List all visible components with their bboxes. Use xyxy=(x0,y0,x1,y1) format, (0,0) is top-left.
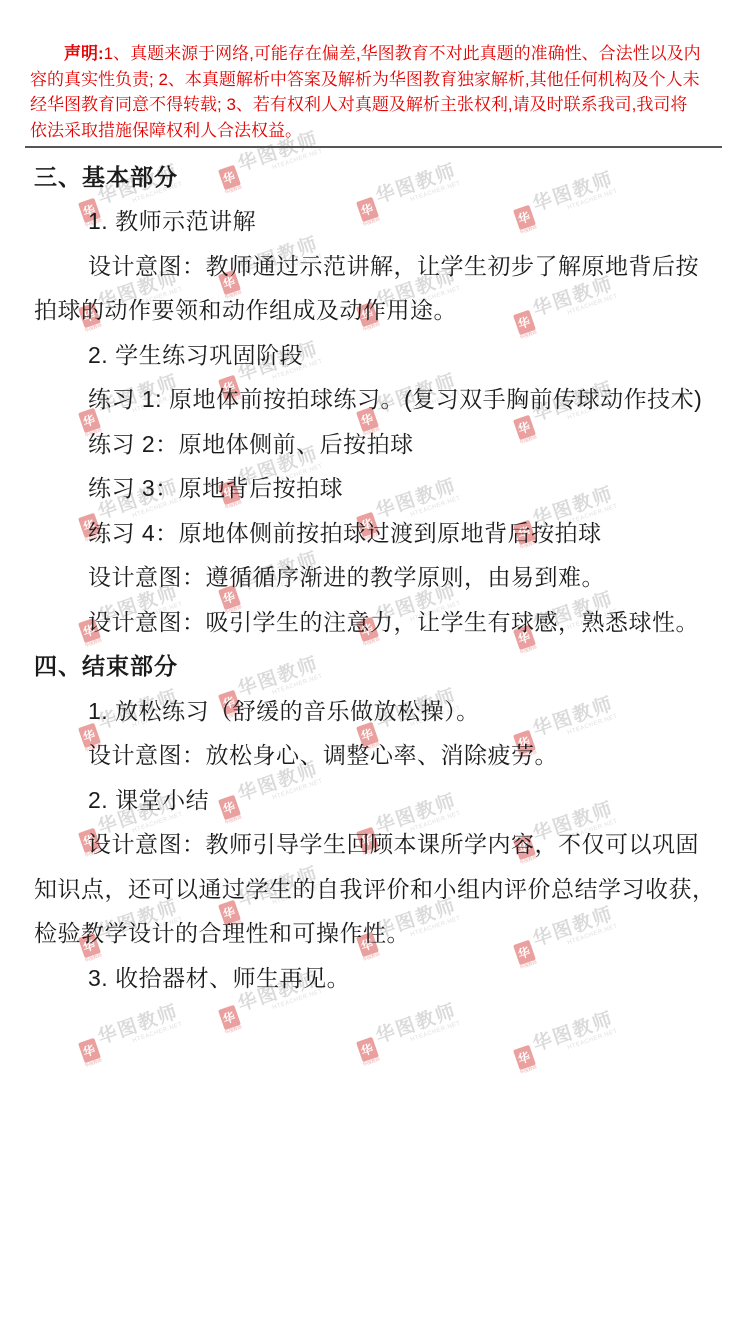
text-line: 1. 教师示范讲解 xyxy=(34,198,734,243)
text-line: 2. 课堂小结 xyxy=(34,776,734,821)
text-layer: 声明:1、真题来源于网络,可能存在偏差,华图教育不对此真题的准确性、合法性以及内… xyxy=(0,0,748,1335)
text-line: 设计意图：吸引学生的注意力，让学生有球感，熟悉球性。 xyxy=(34,598,734,643)
text-line: 练习 1: 原地体前按拍球练习。(复习双手胸前传球动作技术) xyxy=(34,376,734,421)
text-line: 练习 4：原地体侧前按拍球过渡到原地背后按拍球 xyxy=(34,509,734,554)
text-line: 练习 3：原地背后按拍球 xyxy=(34,465,734,510)
disclaimer-paragraph: 声明:1、真题来源于网络,可能存在偏差,华图教育不对此真题的准确性、合法性以及内… xyxy=(30,41,725,144)
disclaimer-line: 声明:1、真题来源于网络,可能存在偏差,华图教育不对此真题的准确性、合法性以及内 xyxy=(30,41,725,67)
text-line: 1. 放松练习（舒缓的音乐做放松操）。 xyxy=(34,687,734,732)
text-line: 知识点，还可以通过学生的自我评价和小组内评价总结学习收获， xyxy=(34,865,734,910)
disclaimer-line: 依法采取措施保障权利人合法权益。 xyxy=(30,118,725,144)
text-line: 设计意图：遵循循序渐进的教学原则，由易到难。 xyxy=(34,554,734,599)
text-line: 拍球的动作要领和动作组成及动作用途。 xyxy=(34,287,734,332)
text-line: 2. 学生练习巩固阶段 xyxy=(34,331,734,376)
text-line: 设计意图：教师通过示范讲解，让学生初步了解原地背后按 xyxy=(34,242,734,287)
text-line: 3. 收拾器材、师生再见。 xyxy=(34,954,734,999)
disclaimer-line: 容的真实性负责; 2、本真题解析中答案及解析为华图教育独家解析,其他任何机构及个… xyxy=(30,67,725,93)
disclaimer-bold-head: 声明: xyxy=(64,44,104,63)
text-line: 设计意图：教师引导学生回顾本课所学内容，不仅可以巩固 xyxy=(34,821,734,866)
body-text: 三、基本部分1. 教师示范讲解设计意图：教师通过示范讲解，让学生初步了解原地背后… xyxy=(34,153,734,999)
text-line: 练习 2：原地体侧前、后按拍球 xyxy=(34,420,734,465)
divider-line xyxy=(25,146,722,148)
document-page: 华华图教师华图教师HTEACHER.NET华华图教师华图教师HTEACHER.N… xyxy=(0,0,748,1335)
text-line: 设计意图：放松身心、调整心率、消除疲劳。 xyxy=(34,732,734,777)
section-heading: 四、结束部分 xyxy=(34,643,734,688)
disclaimer-line: 经华图教育同意不得转载; 3、若有权利人对真题及解析主张权利,请及时联系我司,我… xyxy=(30,92,725,118)
section-heading: 三、基本部分 xyxy=(34,153,734,198)
text-line: 检验教学设计的合理性和可操作性。 xyxy=(34,910,734,955)
